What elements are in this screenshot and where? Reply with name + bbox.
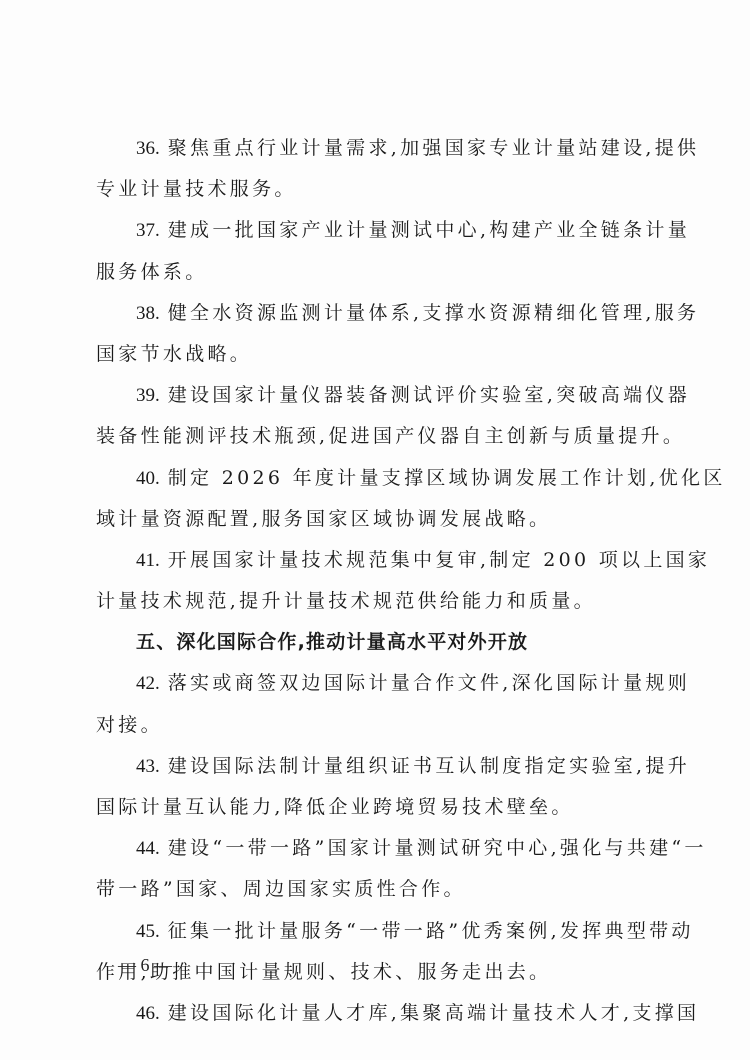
item-44-line2: 带一路”国家、周边国家实质性合作。	[96, 869, 654, 910]
item-number: 37.	[136, 220, 160, 241]
item-text: 征集一批计量服务“一带一路”优秀案例,发挥典型带动	[168, 920, 694, 942]
item-text: 建设国际法制计量组织证书互认制度指定实验室,提升	[168, 755, 690, 777]
item-number: 40.	[136, 468, 160, 489]
item-43-line1: 43.建设国际法制计量组织证书互认制度指定实验室,提升	[96, 746, 654, 787]
page-number: — 6 —	[118, 955, 172, 976]
item-number: 45.	[136, 921, 160, 942]
item-number: 43.	[136, 756, 160, 777]
item-39-line2: 装备性能测评技术瓶颈,促进国产仪器自主创新与质量提升。	[96, 416, 654, 457]
item-number: 46.	[136, 1003, 160, 1024]
item-number: 38.	[136, 303, 160, 324]
item-text: 建设国家计量仪器装备测试评价实验室,突破高端仪器	[168, 384, 690, 406]
item-45-line1: 45.征集一批计量服务“一带一路”优秀案例,发挥典型带动	[96, 911, 654, 952]
item-42-line1: 42.落实或商签双边国际计量合作文件,深化国际计量规则	[96, 663, 654, 704]
item-36-line2: 专业计量技术服务。	[96, 169, 654, 210]
item-number: 42.	[136, 673, 160, 694]
item-number: 36.	[136, 138, 160, 159]
item-text: 建成一批国家产业计量测试中心,构建产业全链条计量	[168, 219, 690, 241]
item-text: 制定 2026 年度计量支撑区域协调发展工作计划,优化区	[168, 467, 726, 489]
item-text: 聚焦重点行业计量需求,加强国家专业计量站建设,提供	[168, 137, 700, 159]
item-text: 健全水资源监测计量体系,支撑水资源精细化管理,服务	[168, 302, 700, 324]
item-39-line1: 39.建设国家计量仪器装备测试评价实验室,突破高端仪器	[96, 375, 654, 416]
item-number: 44.	[136, 838, 160, 859]
document-page: 36.聚焦重点行业计量需求,加强国家专业计量站建设,提供 专业计量技术服务。 3…	[0, 0, 750, 1060]
item-40-line2: 域计量资源配置,服务国家区域协调发展战略。	[96, 499, 654, 540]
item-number: 41.	[136, 550, 160, 571]
item-text: 开展国家计量技术规范集中复审,制定 200 项以上国家	[168, 549, 711, 571]
item-text: 建设“一带一路”国家计量测试研究中心,强化与共建“一	[168, 837, 707, 859]
item-45-line2: 作用,助推中国计量规则、技术、服务走出去。	[96, 952, 654, 993]
document-body: 36.聚焦重点行业计量需求,加强国家专业计量站建设,提供 专业计量技术服务。 3…	[96, 128, 654, 1034]
item-text: 建设国际化计量人才库,集聚高端计量技术人才,支撑国	[168, 1002, 700, 1024]
item-37-line1: 37.建成一批国家产业计量测试中心,构建产业全链条计量	[96, 210, 654, 251]
item-36-line1: 36.聚焦重点行业计量需求,加强国家专业计量站建设,提供	[96, 128, 654, 169]
section-heading: 五、深化国际合作,推动计量高水平对外开放	[96, 622, 654, 663]
item-46-line1: 46.建设国际化计量人才库,集聚高端计量技术人才,支撑国	[96, 993, 654, 1034]
item-38-line2: 国家节水战略。	[96, 334, 654, 375]
item-41-line1: 41.开展国家计量技术规范集中复审,制定 200 项以上国家	[96, 540, 654, 581]
item-44-line1: 44.建设“一带一路”国家计量测试研究中心,强化与共建“一	[96, 828, 654, 869]
item-38-line1: 38.健全水资源监测计量体系,支撑水资源精细化管理,服务	[96, 293, 654, 334]
item-text: 落实或商签双边国际计量合作文件,深化国际计量规则	[168, 672, 690, 694]
item-42-line2: 对接。	[96, 705, 654, 746]
item-37-line2: 服务体系。	[96, 252, 654, 293]
item-43-line2: 国际计量互认能力,降低企业跨境贸易技术壁垒。	[96, 787, 654, 828]
item-number: 39.	[136, 385, 160, 406]
item-41-line2: 计量技术规范,提升计量技术规范供给能力和质量。	[96, 581, 654, 622]
item-40-line1: 40.制定 2026 年度计量支撑区域协调发展工作计划,优化区	[96, 458, 654, 499]
